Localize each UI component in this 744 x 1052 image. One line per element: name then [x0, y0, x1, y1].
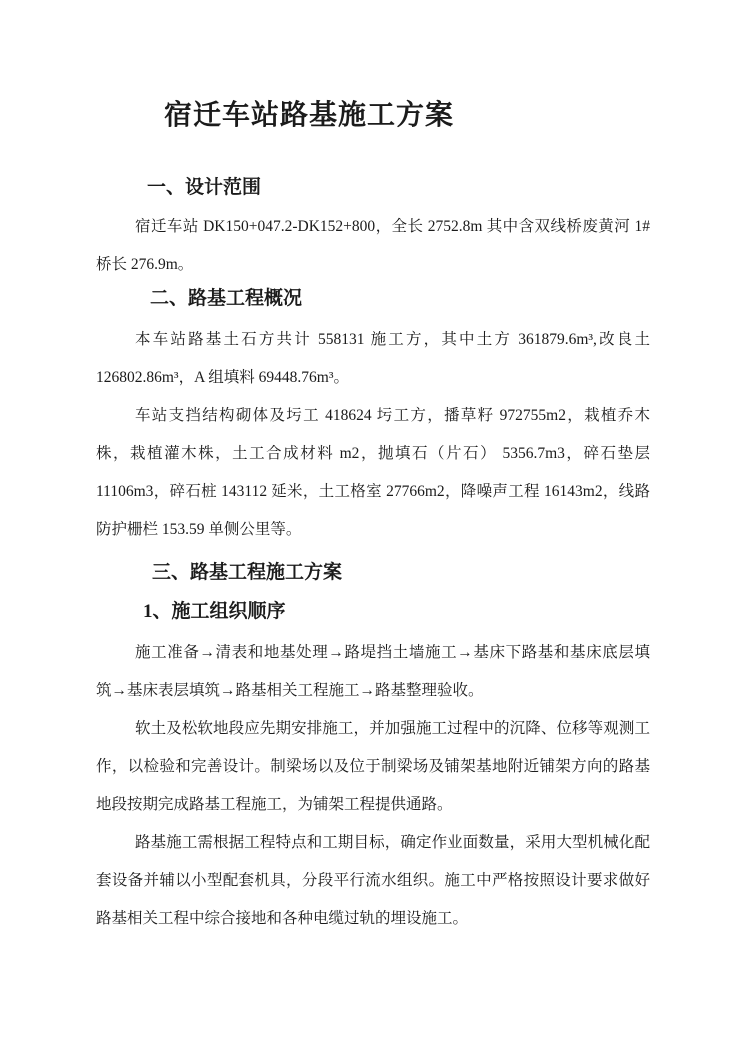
paragraph-line: 防护栅栏 153.59 单侧公里等。	[96, 511, 650, 549]
heading-design-scope: 一、设计范围	[147, 177, 650, 199]
paragraph-line: 桥长 276.9m。	[96, 246, 650, 284]
paragraph-line: 126802.86m³，A 组填料 69448.76m³。	[96, 359, 650, 397]
paragraph-line: 作，以检验和完善设计。制梁场以及位于制梁场及铺架基地附近铺架方向的路基	[96, 748, 650, 786]
paragraph-line: 车站支挡结构砌体及圬工 418624 圬工方，播草籽 972755m2，栽植乔木…	[96, 397, 650, 435]
paragraph-line: 11106m3，碎石桩 143112 延米，土工格室 27766m2，降噪声工程…	[96, 473, 650, 511]
paragraph-line: 软土及松软地段应先期安排施工，并加强施工过程中的沉降、位移等观测工	[96, 710, 650, 748]
paragraph-line: 株，栽植灌木株，土工合成材料 m2，抛填石（片石） 5356.7m3，碎石垫层	[96, 435, 650, 473]
paragraph-soft-soil: 软土及松软地段应先期安排施工，并加强施工过程中的沉降、位移等观测工 作，以检验和…	[96, 710, 650, 824]
document-title: 宿迁车站路基施工方案	[164, 99, 650, 133]
subheading-construction-sequence: 1、施工组织顺序	[143, 601, 650, 623]
paragraph-earthwork-totals: 本车站路基土石方共计 558131 施工方，其中土方 361879.6m³,改良…	[96, 321, 650, 397]
paragraph-sequence-flow: 施工准备→清表和地基处理→路堤挡土墙施工→基床下路基和基床底层填 筑→基床表层填…	[96, 634, 650, 710]
paragraph-line: 筑→基床表层填筑→路基相关工程施工→路基整理验收。	[96, 672, 650, 710]
heading-construction-plan: 三、路基工程施工方案	[152, 562, 650, 584]
paragraph-line: 套设备并辅以小型配套机具，分段平行流水组织。施工中严格按照设计要求做好	[96, 862, 650, 900]
paragraph-line: 路基相关工程中综合接地和各种电缆过轨的埋设施工。	[96, 900, 650, 938]
paragraph-mechanized-construction: 路基施工需根据工程特点和工期目标，确定作业面数量，采用大型机械化配 套设备并辅以…	[96, 824, 650, 938]
paragraph-line: 本车站路基土石方共计 558131 施工方，其中土方 361879.6m³,改良…	[96, 321, 650, 359]
paragraph-line: 地段按期完成路基工程施工，为铺架工程提供通路。	[96, 786, 650, 824]
paragraph-design-scope: 宿迁车站 DK150+047.2-DK152+800，全长 2752.8m 其中…	[96, 208, 650, 284]
paragraph-station-quantities: 车站支挡结构砌体及圬工 418624 圬工方，播草籽 972755m2，栽植乔木…	[96, 397, 650, 549]
heading-roadbed-overview: 二、路基工程概况	[150, 288, 650, 310]
paragraph-line: 宿迁车站 DK150+047.2-DK152+800，全长 2752.8m 其中…	[96, 208, 650, 246]
paragraph-line: 路基施工需根据工程特点和工期目标，确定作业面数量，采用大型机械化配	[96, 824, 650, 862]
paragraph-line: 施工准备→清表和地基处理→路堤挡土墙施工→基床下路基和基床底层填	[96, 634, 650, 672]
document-page: 宿迁车站路基施工方案 一、设计范围 宿迁车站 DK150+047.2-DK152…	[0, 0, 744, 1052]
